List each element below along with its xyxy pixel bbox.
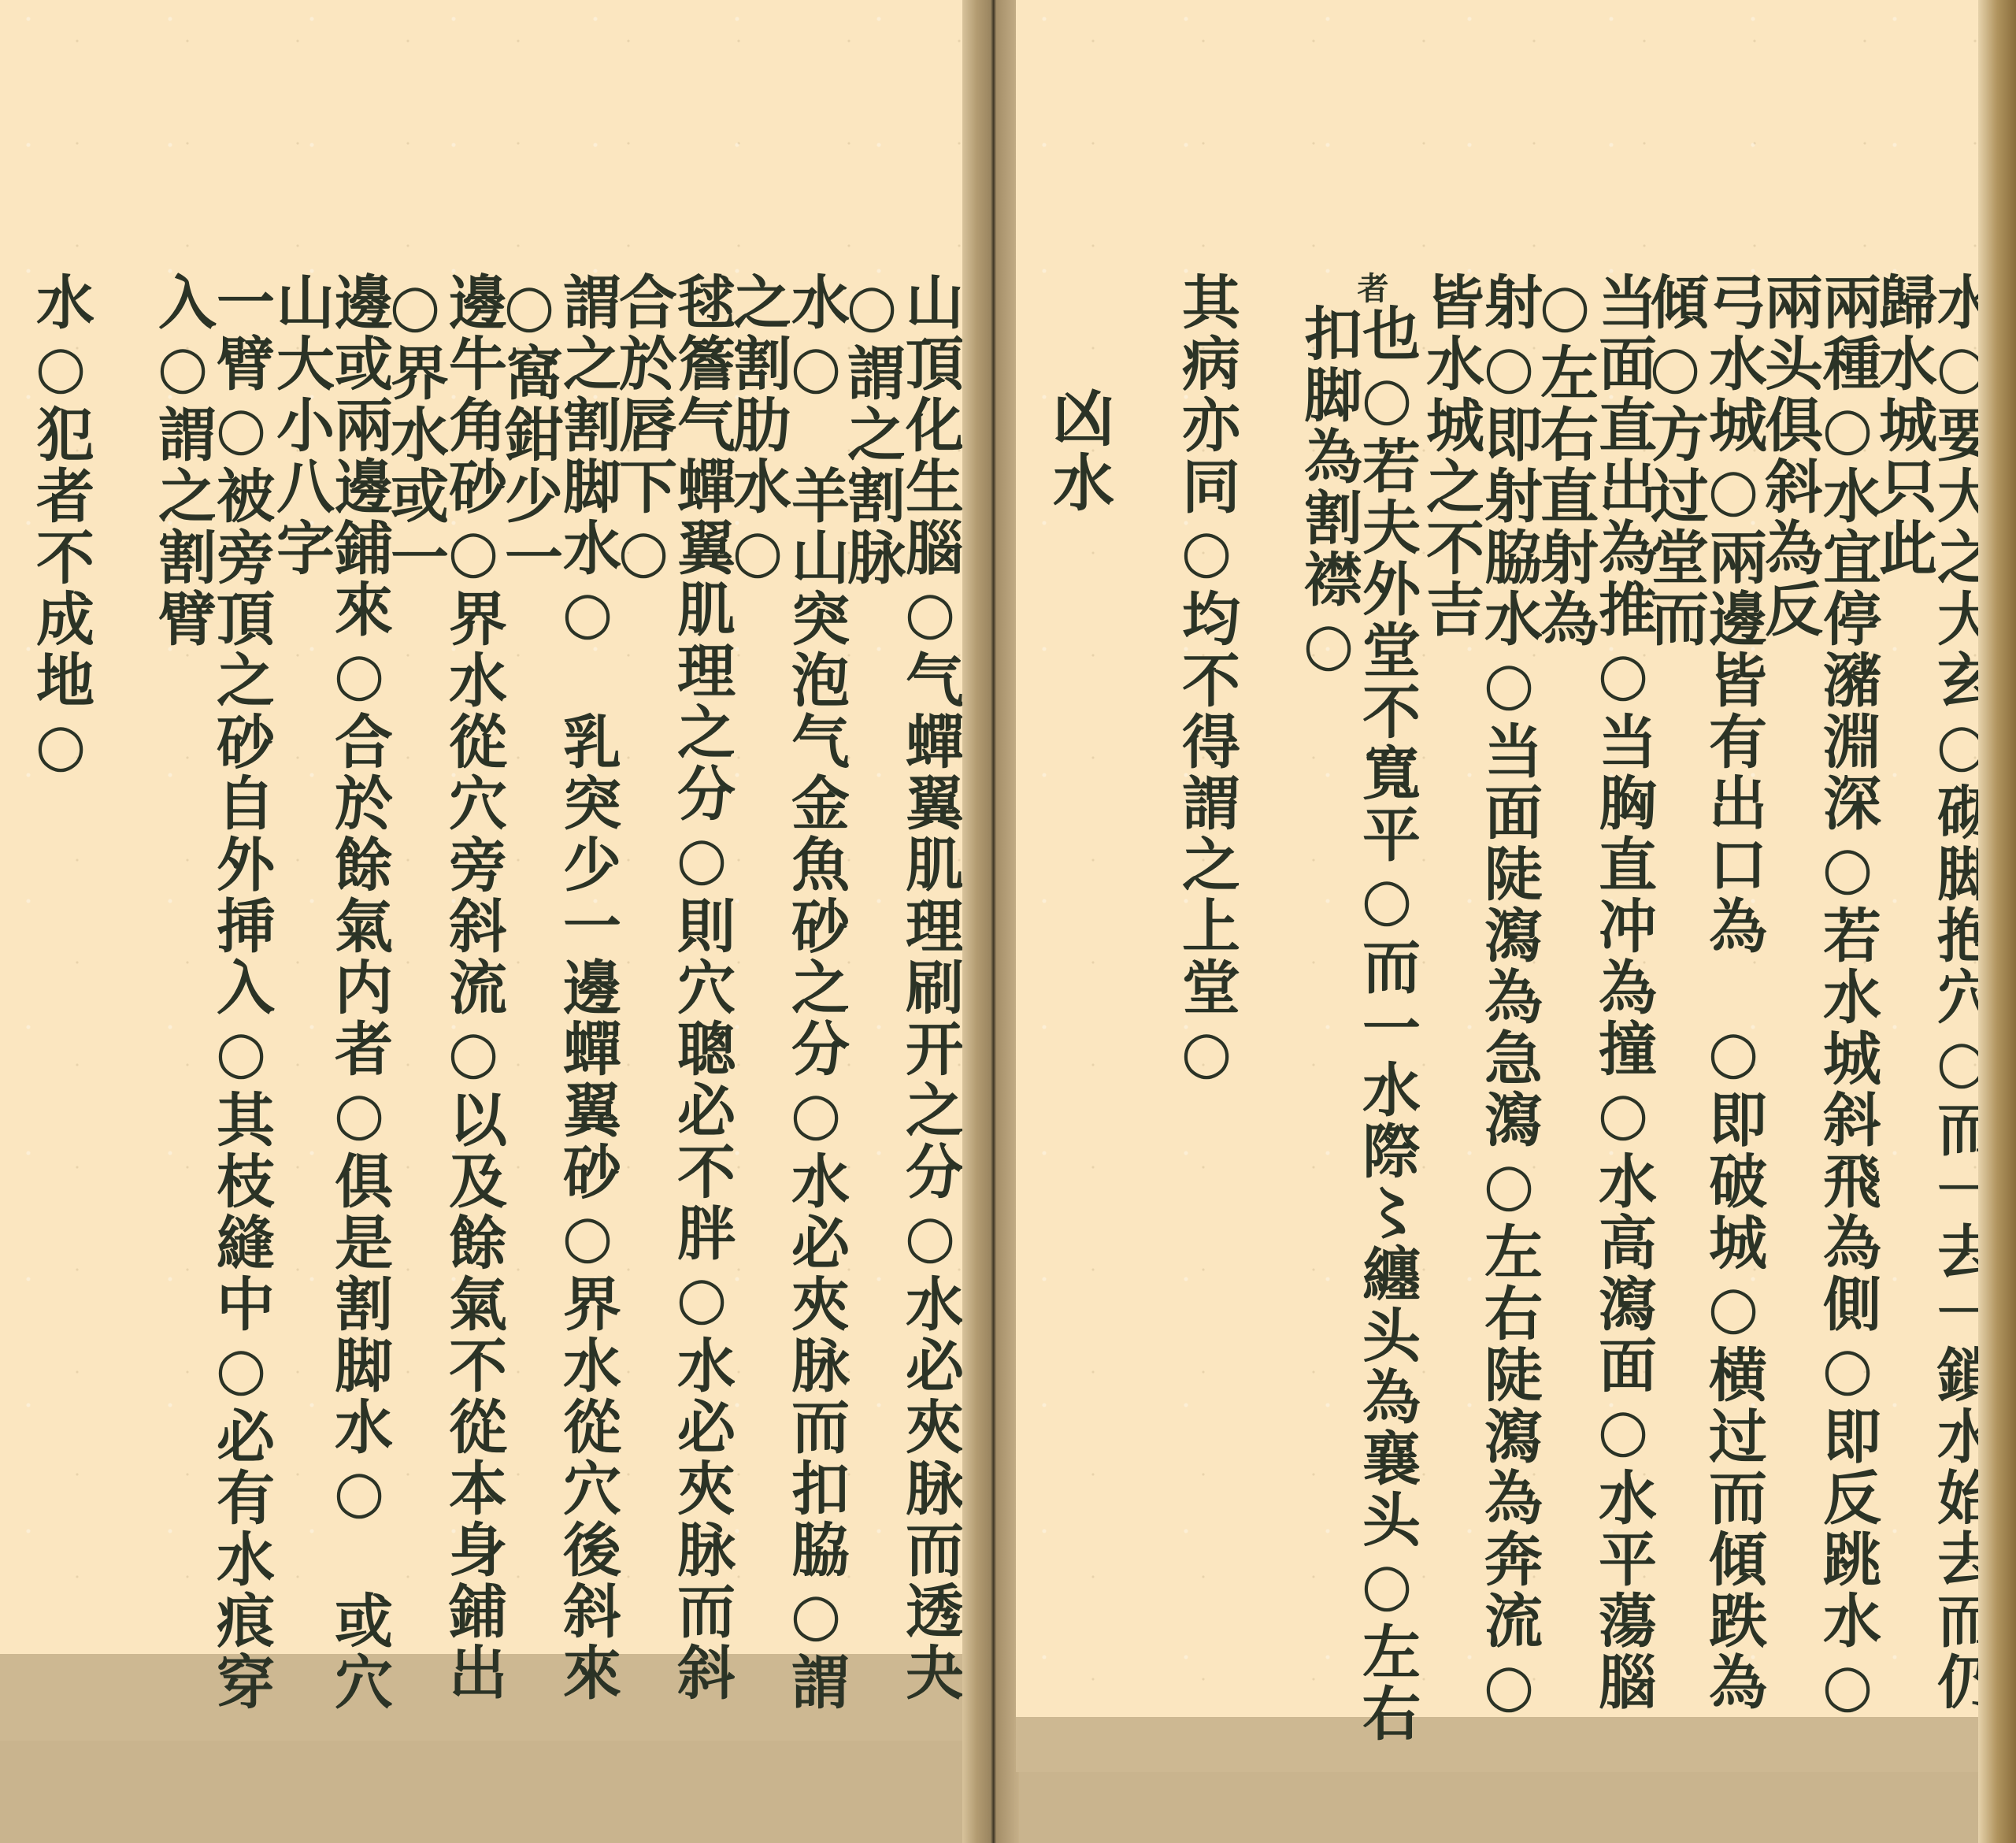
text-column: 射○即射脇水○当面陡瀉為急瀉○左右陡瀉為奔流○皆水城之不吉 <box>1421 272 1538 1772</box>
interlinear-note: 者 <box>1354 272 1386 306</box>
text-column: 弓水城○兩邊皆有出口為𣴑○即破城○横过而傾跌為傾○方过堂而 <box>1646 272 1762 1772</box>
right-page: 水○要大之大玄○砌脚抱穴○而一去一鎖水始去而仍歸水城只此 兩種○水宜停瀦淵深○若… <box>1016 0 1978 1772</box>
text-column: 邊牛角砂○界水從穴旁斜流○以及餘氣不從本身鋪出○界水或一 <box>386 272 502 1741</box>
book-spine <box>962 0 1019 1843</box>
text-column: 邊或兩邊鋪來○合於餘氣内者○俱是割脚水○ 或穴山大小八字 <box>272 272 388 1741</box>
text-column: 水○ 羊山突泡气金魚砂之分○水必夾脉而扣脇○謂之割肋水○ <box>728 272 845 1741</box>
section-heading: 凶水 <box>1047 386 1109 515</box>
text-column: 兩種○水宜停瀦淵深○若水城斜飛為側○即反跳水○兩头俱斜為反 <box>1760 272 1877 1772</box>
text-column: 其病亦同○均不得謂之上堂○ <box>1177 272 1236 1089</box>
text-column: 水○要大之大玄○砌脚抱穴○而一去一鎖水始去而仍歸水城只此 <box>1874 272 1991 1772</box>
text-column: 一臂○被旁頂之砂自外挿入○其枝縫中○必有水痕穿入○謂之割臂 <box>154 272 270 1741</box>
text-column: 山頂化生腦○气蟬翼肌理刷开之分○水必夾脉而透夬○謂之割脉 <box>843 272 959 1741</box>
text-column: 也○若夫外堂不寬平○而一水際〻纏头為襄头○左右扣脚為割襟○ <box>1299 303 1416 1772</box>
left-page: 山頂化生腦○气蟬翼肌理刷开之分○水必夾脉而透夬○謂之割脉 水○ 羊山突泡气金魚砂… <box>0 0 965 1741</box>
text-column: 謂之割脚水○ 乳突少一邊蟬翼砂○界水從穴後斜來○窩鉗少一 <box>500 272 617 1741</box>
book-edge <box>1978 0 2016 1843</box>
text-column: 水○犯者不成地○ <box>31 272 90 782</box>
text-column: 当面直出為推○当胸直冲為撞○水高瀉面○水平蕩腦○左右直射為 <box>1536 272 1652 1772</box>
text-column: 毬簷气蟬翼肌理之分○則穴聰必不胖○水必夾脉而斜合於唇下○ <box>614 272 731 1741</box>
